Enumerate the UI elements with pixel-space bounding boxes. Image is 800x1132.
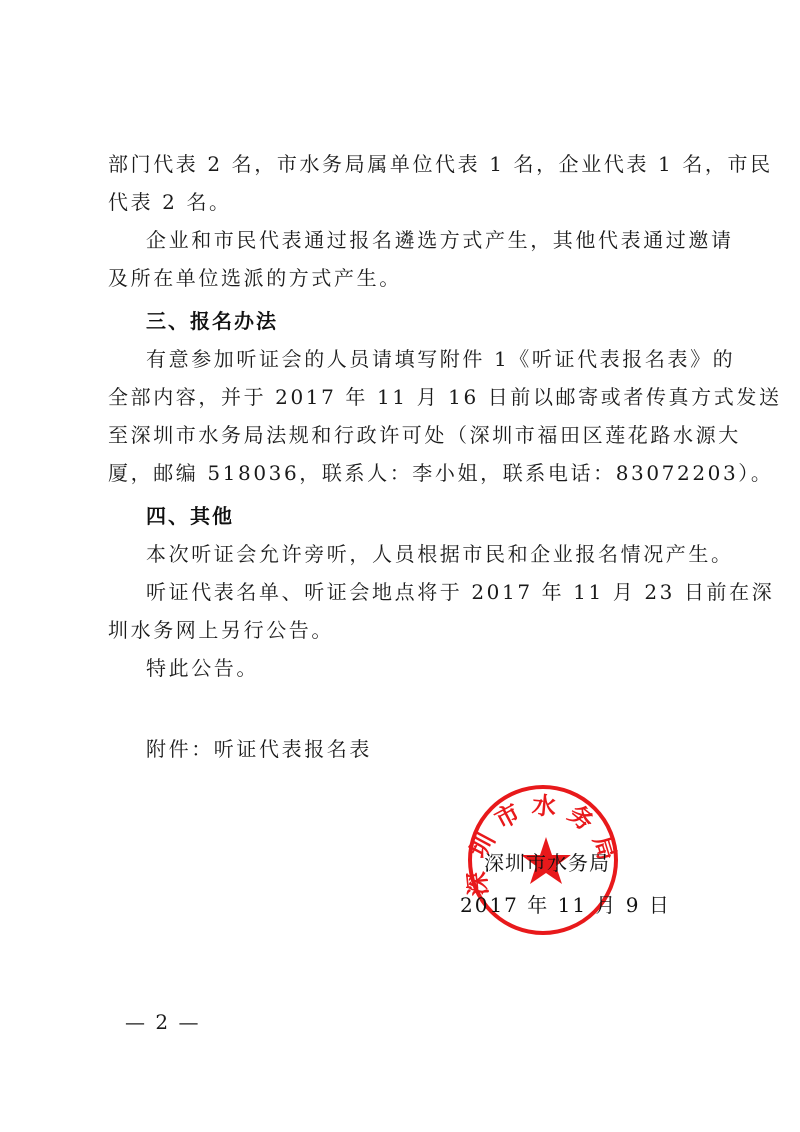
svg-text:深圳市水务局: 深圳市水务局 <box>466 791 620 897</box>
paragraph-line: 厦，邮编 518036，联系人：李小姐，联系电话：83072203）。 <box>108 461 700 485</box>
document-page: 部门代表 2 名，市水务局属单位代表 1 名，企业代表 1 名，市民 代表 2 … <box>0 0 800 1132</box>
paragraph-line: 及所在单位选派的方式产生。 <box>108 266 700 290</box>
paragraph-line: 听证代表名单、听证会地点将于 2017 年 11 月 23 日前在深 <box>146 580 700 604</box>
paragraph-line: 部门代表 2 名，市水务局属单位代表 1 名，企业代表 1 名，市民 <box>108 152 700 176</box>
section-heading-other: 四、其他 <box>146 504 234 528</box>
page-number: — 2 — <box>125 1010 200 1034</box>
attachment-label: 附件：听证代表报名表 <box>146 737 700 761</box>
paragraph-line: 全部内容，并于 2017 年 11 月 16 日前以邮寄或者传真方式发送 <box>108 385 700 409</box>
paragraph-line: 本次听证会允许旁听，人员根据市民和企业报名情况产生。 <box>146 542 700 566</box>
section-heading-registration: 三、报名办法 <box>146 309 278 333</box>
signature-date: 2017 年 11 月 9 日 <box>460 893 671 917</box>
paragraph-line: 有意参加听证会的人员请填写附件 1《听证代表报名表》的 <box>146 347 700 371</box>
paragraph-line: 代表 2 名。 <box>108 190 700 214</box>
paragraph-line: 圳水务网上另行公告。 <box>108 618 700 642</box>
paragraph-line: 至深圳市水务局法规和行政许可处（深圳市福田区莲花路水源大 <box>108 423 700 447</box>
paragraph-line: 企业和市民代表通过报名遴选方式产生，其他代表通过邀请 <box>146 228 700 252</box>
closing-line: 特此公告。 <box>146 656 700 680</box>
signature-organization: 深圳市水务局 <box>484 851 610 875</box>
